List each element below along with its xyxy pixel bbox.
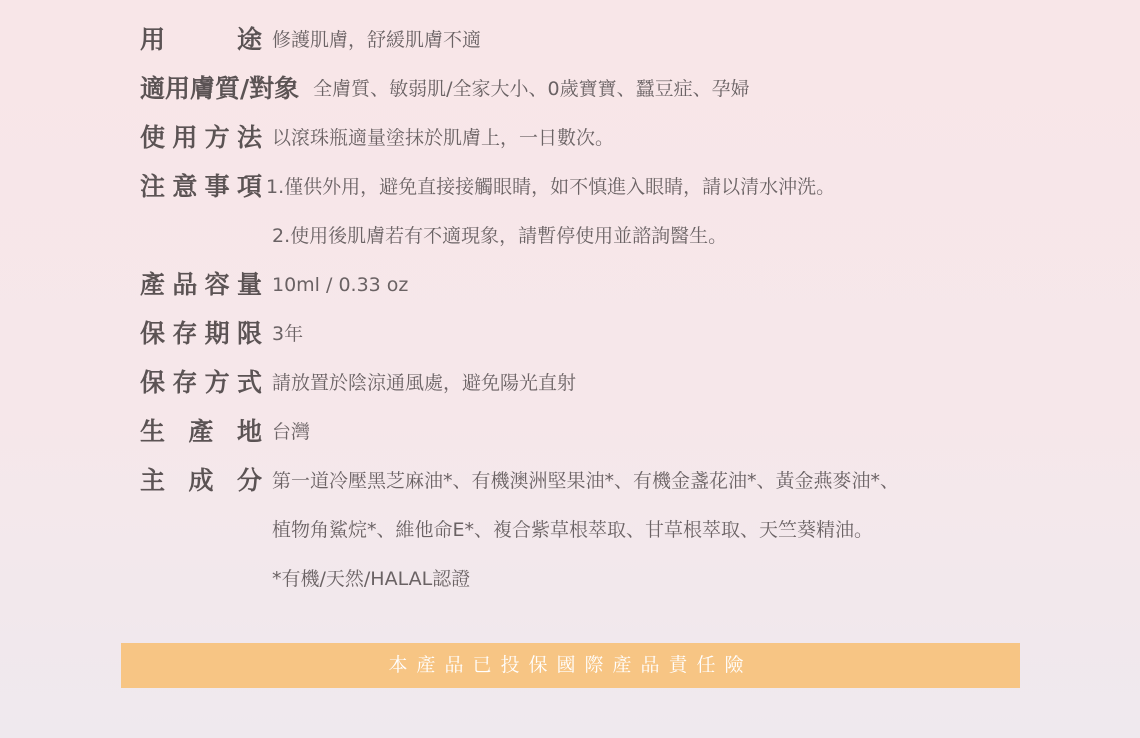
spec-label-notes: 注意事項	[140, 165, 262, 209]
spec-label-usage: 用 途	[140, 18, 262, 62]
spec-label-storage: 保存方式	[140, 361, 262, 405]
spec-label-capacity: 產品容量	[140, 263, 262, 307]
spec-label-method: 使用方法	[140, 116, 262, 160]
spec-row-usage: 用 途 修護肌膚，舒緩肌膚不適	[140, 18, 1100, 67]
spec-value-notes-line-2: 2.使用後肌膚若有不適現象，請暫停使用並諮詢醫生。	[140, 214, 1100, 263]
spec-row-capacity: 產品容量 10ml / 0.33 oz	[140, 263, 1100, 312]
spec-value-notes-line-1: 1.僅供外用，避免直接接觸眼睛，如不慎進入眼睛，請以清水沖洗。	[266, 165, 835, 209]
spec-value-capacity: 10ml / 0.33 oz	[272, 263, 408, 307]
insurance-banner-text: 本產品已投保國際產品責任險	[388, 643, 752, 688]
spec-value-origin: 台灣	[272, 410, 310, 454]
product-spec-list: 用 途 修護肌膚，舒緩肌膚不適 適用膚質/對象 全膚質、敏弱肌/全家大小、0歲寶…	[140, 18, 1100, 606]
spec-value-ingredients-note: *有機/天然/HALAL認證	[140, 557, 1100, 606]
spec-value-storage: 請放置於陰涼通風處，避免陽光直射	[272, 361, 576, 405]
spec-value-ingredients-line-2: 植物角鯊烷*、維他命E*、複合紫草根萃取、甘草根萃取、天竺葵精油。	[140, 508, 1100, 557]
spec-value-shelf-life: 3年	[272, 312, 303, 356]
spec-row-shelf-life: 保存期限 3年	[140, 312, 1100, 361]
spec-value-method: 以滾珠瓶適量塗抹於肌膚上，一日數次。	[272, 116, 614, 160]
spec-label-shelf-life: 保存期限	[140, 312, 262, 356]
spec-label-origin: 生 產 地	[140, 410, 262, 454]
spec-row-origin: 生 產 地 台灣	[140, 410, 1100, 459]
spec-row-method: 使用方法 以滾珠瓶適量塗抹於肌膚上，一日數次。	[140, 116, 1100, 165]
insurance-banner: 本產品已投保國際產品責任險	[121, 643, 1020, 688]
spec-label-ingredients: 主 成 分	[140, 459, 262, 503]
spec-row-notes: 注意事項 1.僅供外用，避免直接接觸眼睛，如不慎進入眼睛，請以清水沖洗。	[140, 165, 1100, 214]
spec-row-suitable: 適用膚質/對象 全膚質、敏弱肌/全家大小、0歲寶寶、蠶豆症、孕婦	[140, 67, 1100, 116]
spec-row-storage: 保存方式 請放置於陰涼通風處，避免陽光直射	[140, 361, 1100, 410]
spec-value-ingredients-line-1: 第一道冷壓黑芝麻油*、有機澳洲堅果油*、有機金盞花油*、黃金燕麥油*、	[272, 459, 899, 503]
spec-row-ingredients: 主 成 分 第一道冷壓黑芝麻油*、有機澳洲堅果油*、有機金盞花油*、黃金燕麥油*…	[140, 459, 1100, 508]
spec-value-usage: 修護肌膚，舒緩肌膚不適	[272, 18, 481, 62]
spec-value-suitable: 全膚質、敏弱肌/全家大小、0歲寶寶、蠶豆症、孕婦	[313, 67, 750, 111]
spec-label-suitable: 適用膚質/對象	[140, 67, 299, 111]
